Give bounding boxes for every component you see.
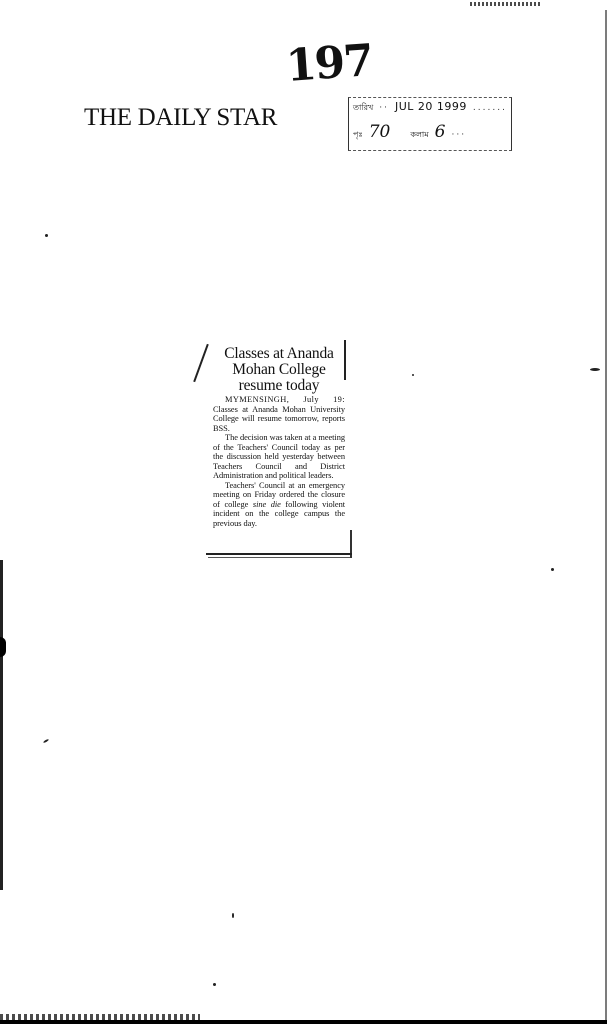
stamp-date-label: তারিখ	[353, 102, 373, 115]
news-clipping: Classes at Ananda Mohan College resume t…	[213, 346, 345, 528]
article-italic-phrase: sine die	[253, 500, 281, 509]
stamp-dots: .......	[473, 103, 507, 113]
stamp-dots: ··	[379, 103, 389, 113]
stamp-dots: ···	[452, 130, 467, 140]
newspaper-masthead: THE DAILY STAR	[84, 104, 277, 132]
scanned-page: 197 THE DAILY STAR তারিখ ·· JUL 20 1999 …	[0, 0, 607, 1024]
scan-speck	[213, 983, 216, 986]
stamp-date-value: JUL 20 1999	[395, 100, 467, 113]
article-paragraph: The decision was taken at a meeting of t…	[213, 433, 345, 481]
scan-artifact-top	[470, 2, 540, 6]
scan-speck	[45, 234, 48, 237]
scan-speck	[232, 913, 234, 918]
stamp-page-label: পৃঃ	[353, 129, 363, 142]
clipping-bottom-rule	[208, 557, 350, 558]
scan-speck	[43, 739, 49, 744]
scan-speck	[412, 374, 414, 376]
scan-speck	[590, 368, 600, 371]
clipping-cut-mark	[193, 344, 209, 382]
article-dateline: MYMENSINGH, July 19:	[225, 395, 345, 404]
stamp-date-row: তারিখ ·· JUL 20 1999 .......	[353, 100, 507, 115]
handwritten-file-number: 197	[284, 35, 373, 92]
scan-edge-bottom	[0, 1020, 607, 1024]
archive-stamp: তারিখ ·· JUL 20 1999 ....... পৃঃ 70 কলাম…	[348, 97, 512, 151]
stamp-column-value: 6	[435, 122, 446, 142]
stamp-page-row: পৃঃ 70 কলাম 6 ···	[353, 122, 466, 142]
article-paragraph: Classes at Ananda Mohan University Colle…	[213, 405, 345, 433]
clipping-bottom-rule	[206, 553, 352, 555]
scan-edge-left	[0, 560, 3, 890]
article-headline: Classes at Ananda Mohan College resume t…	[213, 346, 345, 394]
scan-artifact-left	[0, 637, 6, 657]
stamp-page-value: 70	[369, 122, 391, 142]
article-body: MYMENSINGH, July 19: Classes at Ananda M…	[213, 395, 345, 528]
scan-speck	[551, 568, 554, 571]
stamp-column-label: কলাম	[410, 129, 428, 142]
